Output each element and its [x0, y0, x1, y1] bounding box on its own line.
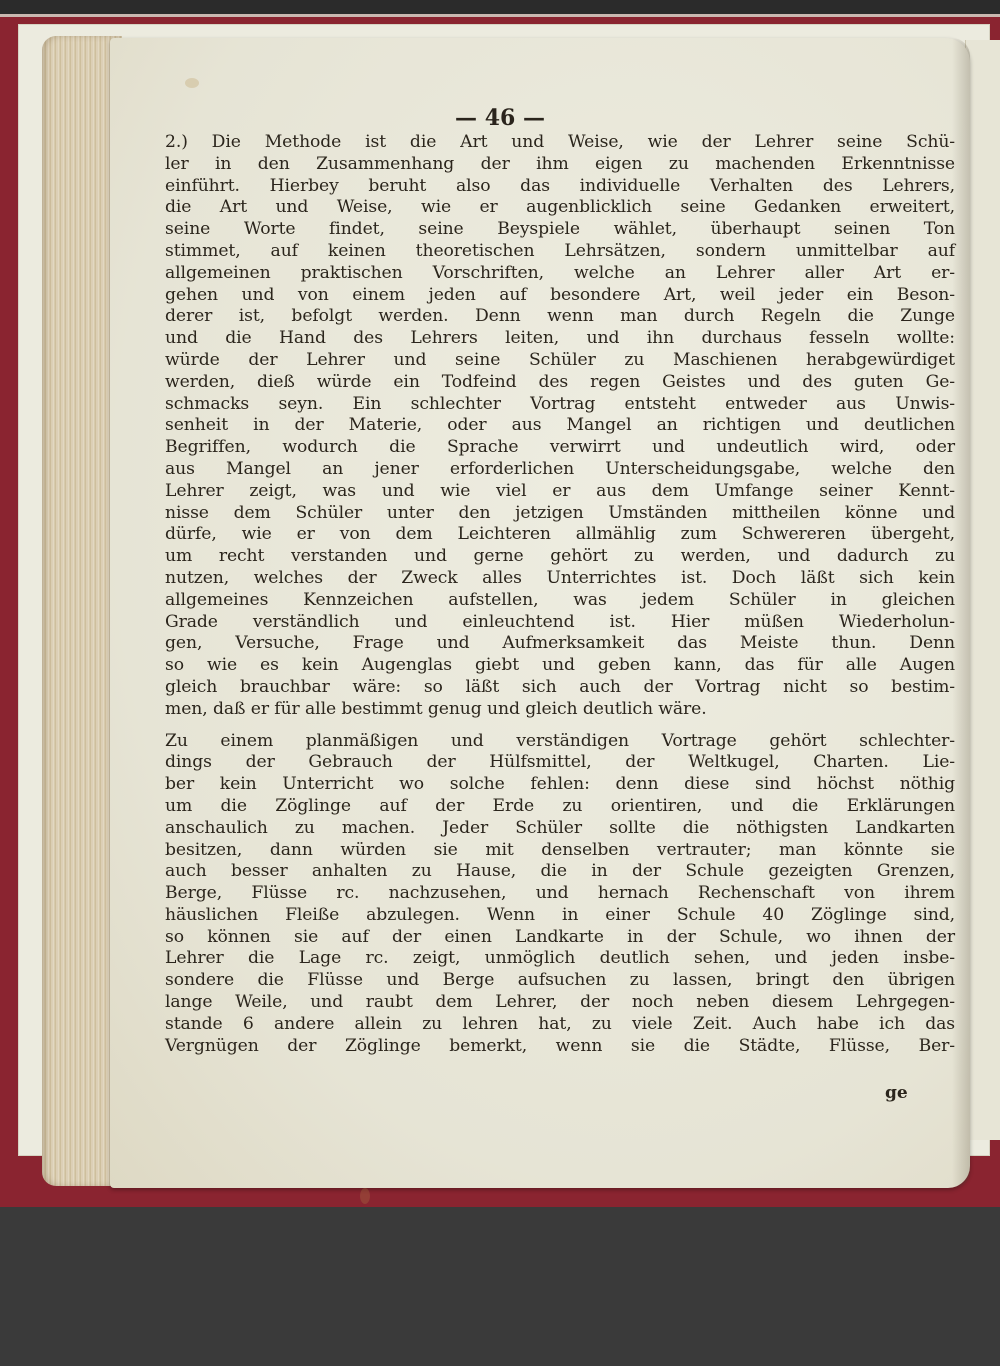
text-line: derer ist, befolgt werden. Denn wenn man… — [165, 306, 955, 328]
text-line: seine Worte findet, seine Beyspiele wähl… — [165, 219, 955, 241]
text-line: aus Mangel an jener erforderlichen Unter… — [165, 459, 955, 481]
foxing-stain — [185, 78, 199, 88]
paragraph-1: 2.) Die Methode ist die Art und Weise, w… — [165, 132, 955, 721]
text-line: gen, Versuche, Frage und Aufmerksamkeit … — [165, 633, 955, 655]
text-line: gehen und von einem jeden auf besondere … — [165, 285, 955, 307]
text-line: allgemeines Kennzeichen aufstellen, was … — [165, 590, 955, 612]
text-line: nisse dem Schüler unter den jetzigen Ums… — [165, 503, 955, 525]
paragraph-2: Zu einem planmäßigen und verständigen Vo… — [165, 731, 955, 1058]
text-line: Vergnügen der Zöglinge bemerkt, wenn sie… — [165, 1036, 955, 1058]
foxing-stain — [360, 1188, 370, 1204]
text-line: einführt. Hierbey beruht also das indivi… — [165, 176, 955, 198]
text-line: Zu einem planmäßigen und verständigen Vo… — [165, 731, 955, 753]
text-line: sondere die Flüsse und Berge aufsuchen z… — [165, 970, 955, 992]
text-line: ler in den Zusammenhang der ihm eigen zu… — [165, 154, 955, 176]
text-line: Lehrer zeigt, was und wie viel er aus de… — [165, 481, 955, 503]
text-line: werden, dieß würde ein Todfeind des rege… — [165, 372, 955, 394]
text-line: Lehrer die Lage rc. zeigt, unmöglich deu… — [165, 948, 955, 970]
text-line: dürfe, wie er von dem Leichteren allmähl… — [165, 524, 955, 546]
text-line: ber kein Unterricht wo solche fehlen: de… — [165, 774, 955, 796]
text-line: schmacks seyn. Ein schlechter Vortrag en… — [165, 394, 955, 416]
text-line: besitzen, dann würden sie mit denselben … — [165, 840, 955, 862]
text-line: um die Zöglinge auf der Erde zu orientir… — [165, 796, 955, 818]
page-number: — 46 — — [0, 105, 1000, 131]
catchword: ge — [885, 1083, 908, 1103]
text-line: stande 6 andere allein zu lehren hat, zu… — [165, 1014, 955, 1036]
text-line: stimmet, auf keinen theoretischen Lehrsä… — [165, 241, 955, 263]
text-line: würde der Lehrer und seine Schüler zu Ma… — [165, 350, 955, 372]
text-line: lange Weile, und raubt dem Lehrer, der n… — [165, 992, 955, 1014]
text-line: allgemeinen praktischen Vorschriften, we… — [165, 263, 955, 285]
text-line: gleich brauchbar wäre: so läßt sich auch… — [165, 677, 955, 699]
text-line: auch besser anhalten zu Hause, die in de… — [165, 861, 955, 883]
text-line: so wie es kein Augenglas giebt und geben… — [165, 655, 955, 677]
text-line: so können sie auf der einen Landkarte in… — [165, 927, 955, 949]
text-line: dings der Gebrauch der Hülfsmittel, der … — [165, 752, 955, 774]
text-line: Berge, Flüsse rc. nachzusehen, und herna… — [165, 883, 955, 905]
text-line: nutzen, welches der Zweck alles Unterric… — [165, 568, 955, 590]
text-line: men, daß er für alle bestimmt genug und … — [165, 699, 955, 721]
paragraph-gap — [165, 721, 955, 731]
text-line: Begriffen, wodurch die Sprache verwirrt … — [165, 437, 955, 459]
text-line: häuslichen Fleiße abzulegen. Wenn in ein… — [165, 905, 955, 927]
text-line: anschaulich zu machen. Jeder Schüler sol… — [165, 818, 955, 840]
text-line: Grade verständlich und einleuchtend ist.… — [165, 612, 955, 634]
text-line: um recht verstanden und gerne gehört zu … — [165, 546, 955, 568]
text-line: 2.) Die Methode ist die Art und Weise, w… — [165, 132, 955, 154]
body-text: 2.) Die Methode ist die Art und Weise, w… — [165, 132, 955, 1057]
text-line: und die Hand des Lehrers leiten, und ihn… — [165, 328, 955, 350]
facing-page-edge — [965, 40, 1000, 1140]
text-line: die Art und Weise, wie er augenblicklich… — [165, 197, 955, 219]
text-line: senheit in der Materie, oder aus Mangel … — [165, 415, 955, 437]
